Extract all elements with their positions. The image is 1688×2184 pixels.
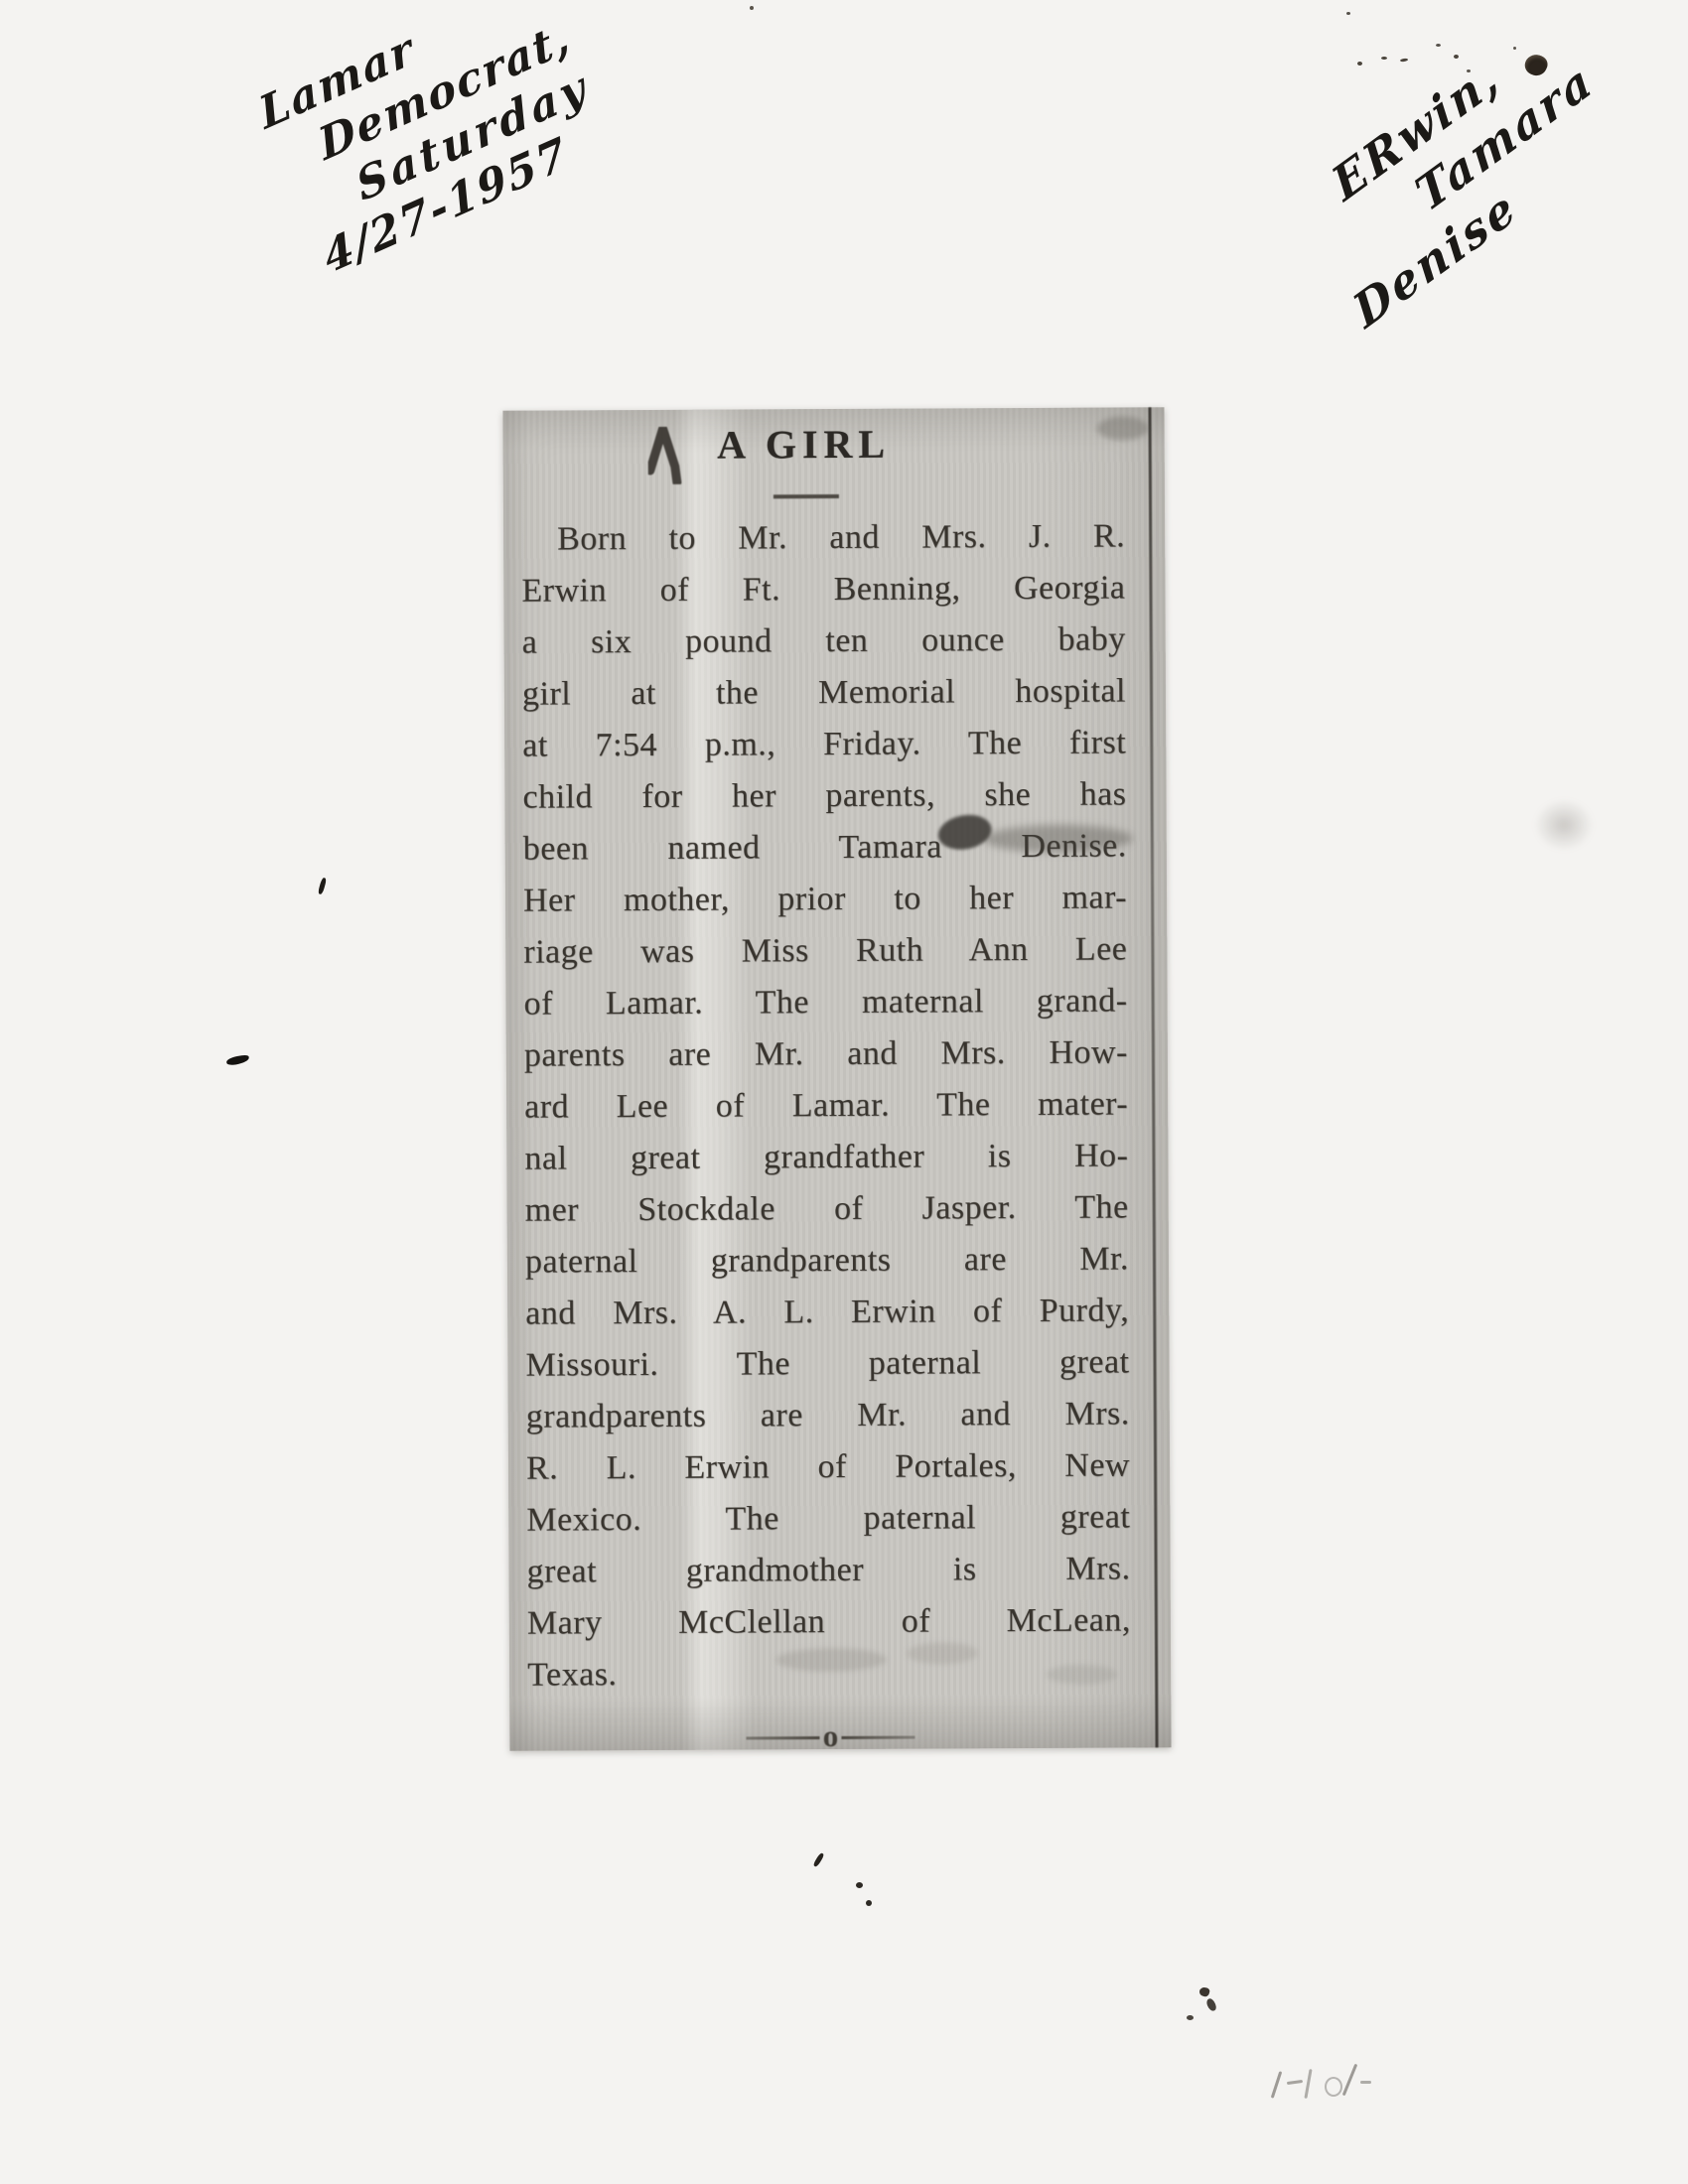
article-line: Mary McClellan of McLean, <box>527 1594 1131 1649</box>
end-divider: o <box>509 1734 1151 1740</box>
article-line: R. L. Erwin of Portales, New <box>526 1439 1130 1494</box>
ink-speck <box>1205 1997 1217 2012</box>
ink-tick-mark <box>318 878 327 895</box>
ink-speck <box>1467 69 1471 72</box>
ink-speck <box>1381 57 1387 60</box>
handwritten-source-annotation: LamarDemocrat,Saturday4/27-1957 <box>250 0 623 284</box>
article-line: and Mrs. A. L. Erwin of Purdy, <box>525 1285 1129 1339</box>
ink-tick-mark <box>812 1852 824 1867</box>
divider-dash <box>841 1736 914 1739</box>
article-line: of Lamar. The maternal grand- <box>523 975 1127 1029</box>
newspaper-clipping: A GIRL Born to Mr. and Mrs. J. R.Erwin o… <box>502 407 1171 1750</box>
article-line: girl at the Memorial hospital <box>522 665 1126 720</box>
article-line: ard Lee of Lamar. The mater- <box>524 1078 1128 1133</box>
ink-speck <box>750 6 754 10</box>
pencil-scribble <box>1325 2077 1342 2097</box>
article-line: Missouri. The paternal great <box>525 1336 1129 1391</box>
ink-speck <box>866 1900 872 1906</box>
article-line: grandparents are Mr. and Mrs. <box>526 1388 1130 1442</box>
ink-speck <box>1513 47 1516 50</box>
smudge-mark <box>1534 799 1594 851</box>
ink-speck <box>1187 2015 1194 2020</box>
article-line: Her mother, prior to her mar- <box>523 872 1127 926</box>
ink-speck <box>1436 44 1441 47</box>
ink-speck <box>1357 62 1362 66</box>
article-line: Mexico. The paternal great <box>526 1491 1130 1546</box>
scanned-page: LamarDemocrat,Saturday4/27-1957 ERwin,Ta… <box>0 0 1688 2184</box>
article-headline: A GIRL <box>474 419 1135 469</box>
article-line: child for her parents, she has <box>522 768 1126 823</box>
ink-speck <box>856 1882 863 1888</box>
article-body: Born to Mr. and Mrs. J. R.Erwin of Ft. B… <box>503 510 1171 1701</box>
ink-dash-mark <box>225 1054 249 1066</box>
pencil-scribble <box>1360 2081 1371 2084</box>
article-line: paternal grandparents are Mr. <box>525 1233 1129 1288</box>
ink-speck <box>1346 12 1350 15</box>
headline-divider-rule <box>774 494 839 498</box>
pencil-scribble <box>1304 2069 1312 2099</box>
article-line: nal great grandfather is Ho- <box>524 1130 1128 1184</box>
article-line: Born to Mr. and Mrs. J. R. <box>521 510 1125 565</box>
article-line: at 7:54 p.m., Friday. The first <box>522 717 1126 771</box>
ink-speck <box>1198 1986 1210 1997</box>
pencil-scribble <box>1287 2080 1303 2085</box>
divider-dash <box>747 1736 820 1739</box>
pencil-scribble <box>1271 2071 1283 2099</box>
ink-speck <box>1400 58 1408 62</box>
article-line: riage was Miss Ruth Ann Lee <box>523 923 1127 978</box>
article-line: Erwin of Ft. Benning, Georgia <box>521 562 1125 616</box>
article-line: a six pound ten ounce baby <box>522 614 1126 668</box>
ink-speck <box>1454 55 1459 59</box>
headline-row: A GIRL <box>503 419 1165 485</box>
article-line: mer Stockdale of Jasper. The <box>525 1181 1129 1236</box>
article-line: parents are Mr. and Mrs. How- <box>524 1026 1128 1081</box>
pencil-scribble <box>1342 2064 1358 2097</box>
article-line: great grandmother is Mrs. <box>526 1543 1130 1597</box>
